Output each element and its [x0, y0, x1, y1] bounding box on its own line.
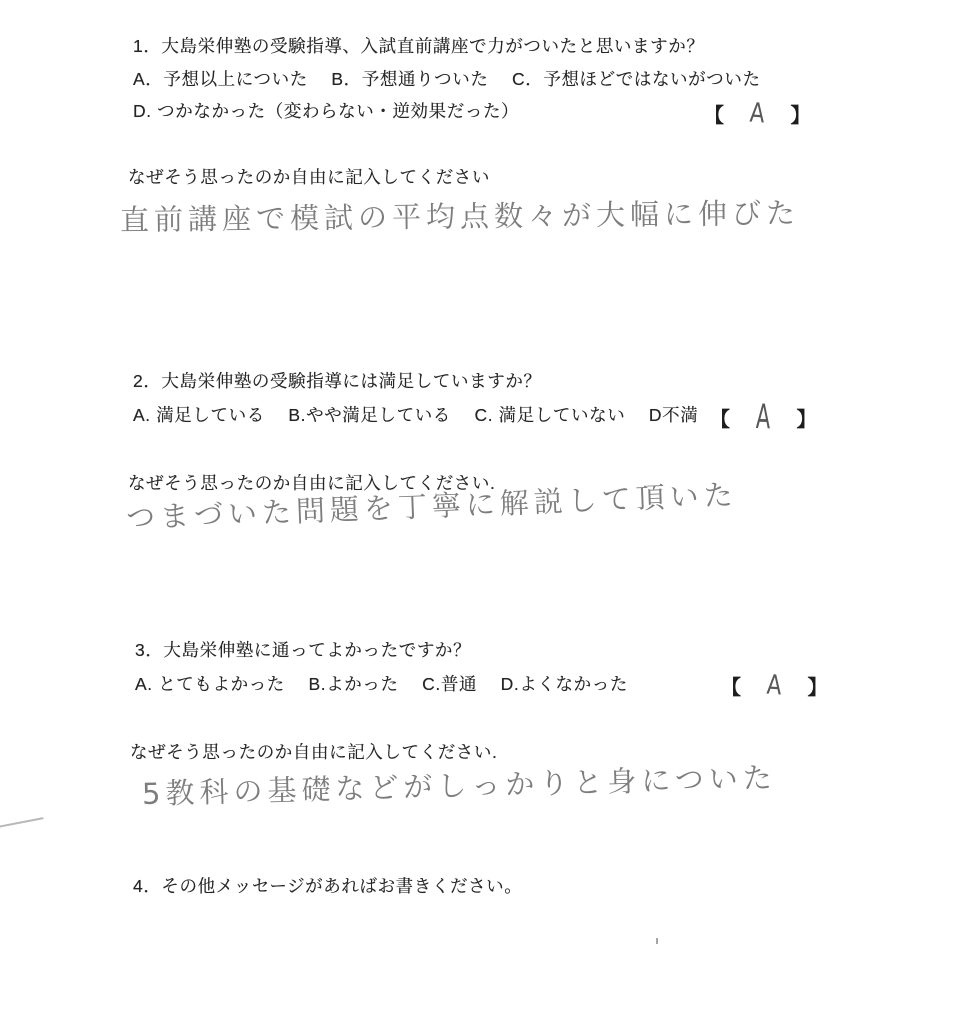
bracket-open-icon: 【 — [710, 403, 730, 432]
handwritten-free-answer-q3: 5教科の基礎などがしっかりと身についた — [141, 755, 777, 813]
handwritten-answer-q3: A — [766, 670, 783, 702]
question-1-option-d: D. つかなかった（変わらない・逆効果だった） — [133, 101, 519, 122]
question-1-free-prompt: なぜそう思ったのか自由に記入してください — [128, 167, 490, 188]
bracket-close-icon: 】 — [807, 671, 827, 700]
answer-box-q1: 【 A 】 — [704, 98, 810, 129]
scan-speck — [656, 938, 658, 944]
question-1-title: 1．大島栄伸塾の受験指導、入試直前講座で力がついたと思いますか？ — [133, 36, 704, 57]
handwritten-answer-q2: A — [755, 398, 771, 437]
question-3-options: A. とてもよかった B.よかった C.普通 D.よくなかった — [135, 674, 628, 695]
question-2-options: A. 満足している B.やや満足している C. 満足していない D不満 — [133, 405, 698, 426]
question-3-title: 3．大島栄伸塾に通ってよかったですか？ — [135, 640, 471, 661]
question-2-title: 2．大島栄伸塾の受験指導には満足していますか？ — [133, 371, 542, 392]
questionnaire-scan-page: 1．大島栄伸塾の受験指導、入試直前講座で力がついたと思いますか？ A．予想以上に… — [0, 0, 964, 1024]
bracket-close-icon: 】 — [796, 403, 816, 432]
handwritten-answer-q1: A — [749, 98, 766, 130]
bracket-close-icon: 】 — [790, 99, 810, 128]
question-1-options-abc: A．予想以上についた B．予想通りついた C．予想ほどではないがついた — [133, 69, 761, 90]
bracket-open-icon: 【 — [721, 671, 741, 700]
handwritten-free-answer-q1: 直前講座で模試の平均点数々が大幅に伸びた — [120, 191, 800, 239]
stray-pen-mark — [0, 817, 44, 829]
answer-box-q3: 【 A 】 — [721, 670, 827, 701]
bracket-open-icon: 【 — [704, 99, 724, 128]
question-3-free-prompt: なぜそう思ったのか自由に記入してください. — [130, 742, 497, 763]
question-4-title: 4．その他メッセージがあればお書きください。 — [133, 876, 522, 897]
answer-box-q2: 【 A 】 — [710, 402, 816, 433]
